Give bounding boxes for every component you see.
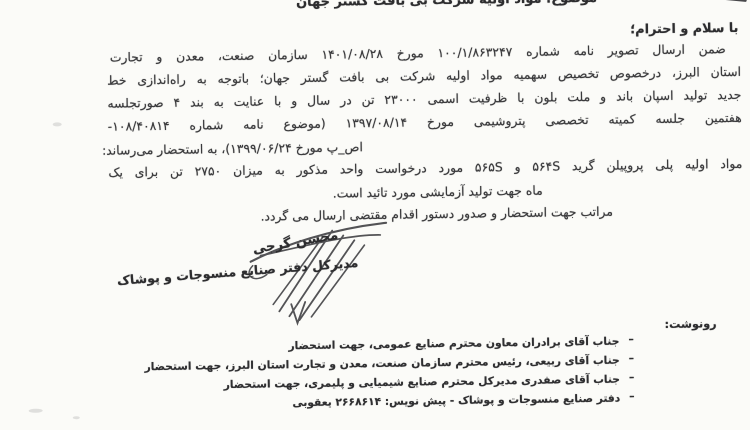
cc-item: – جناب آقای ربیعی، رئیس محترم سازمان صنع… bbox=[144, 353, 634, 373]
body-line-4: هفتمین جلسه کمیته تخصصی پتروشیمی مورخ ۱۳… bbox=[108, 110, 742, 135]
cc-item: – جناب آقای برادران معاون محترم صنایع عم… bbox=[288, 334, 634, 352]
letter-content: موضوع: مواد اولیه شرکت بی بافت گستر جهان… bbox=[0, 0, 750, 430]
cc-heading: رونوشت: bbox=[665, 316, 717, 333]
scan-artifact-mark bbox=[725, 0, 748, 2]
cc-item: – دفتر صنایع منسوجات و پوشاک - پیش نویس:… bbox=[292, 391, 634, 409]
subject-line: موضوع: مواد اولیه شرکت بی بافت گستر جهان bbox=[296, 0, 597, 11]
body-line-2: استان البرز، درخصوص تخصیص سهمیه مواد اول… bbox=[107, 64, 741, 89]
cc-item-text: جناب آقای برادران معاون محترم صنایع عموم… bbox=[288, 335, 619, 353]
dash-bullet-icon: – bbox=[629, 370, 635, 383]
body-line-6: مواد اولیه پلی پروپیلن گرید ۵۶۴S و ۵۶۵S … bbox=[108, 156, 742, 181]
body-line-3: جدید تولید اسپان باند و ملت بلون با ظرفی… bbox=[107, 87, 741, 112]
dash-bullet-icon: – bbox=[629, 389, 635, 402]
dash-bullet-icon: – bbox=[629, 351, 635, 364]
body-line-7: ماه جهت تولید آزمایشی مورد تائید است. bbox=[333, 183, 543, 202]
cc-item-text: جناب آقای صفدری مدیرکل محترم صنایع شیمیا… bbox=[224, 373, 620, 392]
scan-speck bbox=[53, 122, 62, 126]
scan-speck bbox=[73, 416, 80, 419]
cc-item: – جناب آقای صفدری مدیرکل محترم صنایع شیم… bbox=[224, 372, 635, 391]
cc-item-text: دفتر صنایع منسوجات و پوشاک - پیش نویس: ۲… bbox=[292, 392, 620, 410]
scan-speck bbox=[29, 409, 43, 413]
dash-bullet-icon: – bbox=[628, 332, 634, 345]
scanned-letter-page: موضوع: مواد اولیه شرکت بی بافت گستر جهان… bbox=[0, 0, 750, 430]
body-line-1: ضمن ارسال تصویر نامه شماره ۱۰۰/۱/۸۶۳۲۴۷ … bbox=[110, 41, 726, 66]
cc-item-text: جناب آقای ربیعی، رئیس محترم سازمان صنعت،… bbox=[144, 354, 619, 374]
salutation: با سلام و احترام؛ bbox=[630, 21, 739, 39]
body-line-5: اص_پ مورخ ۱۳۹۹/۰۶/۲۴)، به استحضار می‌رسا… bbox=[102, 139, 363, 159]
